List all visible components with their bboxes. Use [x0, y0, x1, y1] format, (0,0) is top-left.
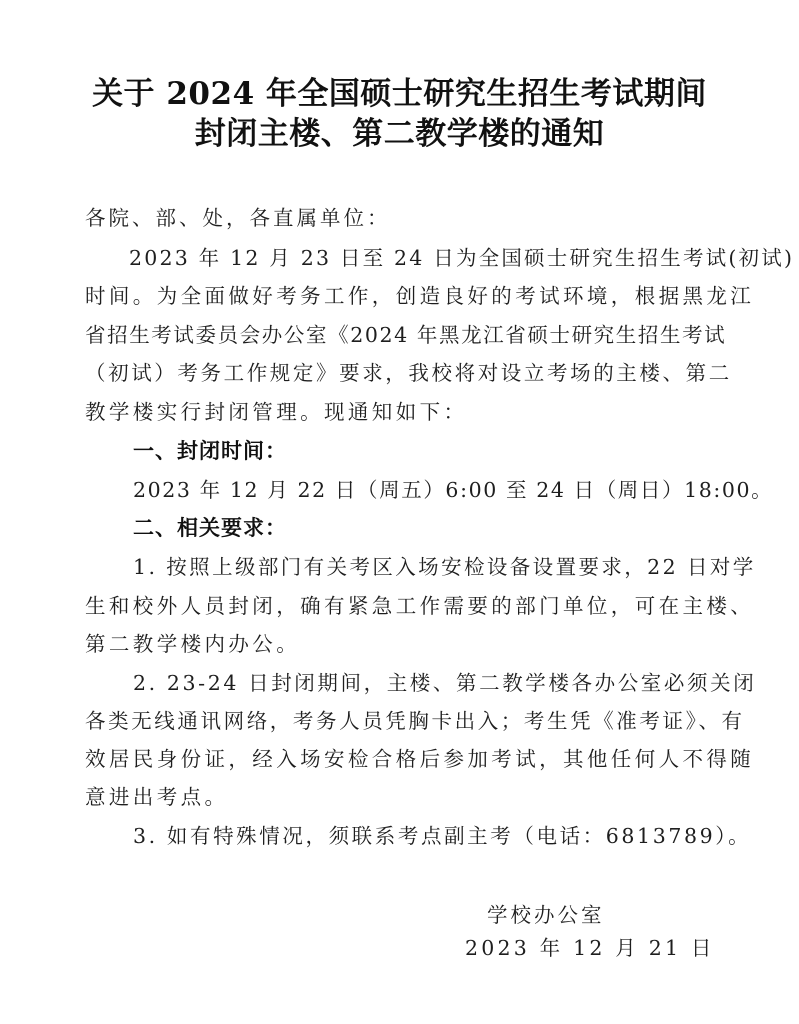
paragraph-line: 2. 23-24 日封闭期间，主楼、第二教学楼各办公室必须关闭: [133, 664, 756, 702]
paragraph-line: 生和校外人员封闭，确有紧急工作需要的部门单位，可在主楼、: [85, 587, 754, 625]
paragraph-line: 3. 如有特殊情况，须联系考点副主考（电话：6813789）。: [133, 817, 751, 855]
notice-title-line1: 关于 2024 年全国硕士研究生招生考试期间: [0, 74, 799, 114]
section-heading: 二、相关要求：: [133, 509, 287, 547]
paragraph-line: 时间。为全面做好考务工作，创造良好的考试环境，根据黑龙江: [85, 277, 754, 315]
paragraph-line: 各类无线通讯网络，考务人员凭胸卡出入；考生凭《准考证》、有: [85, 702, 745, 740]
issue-date: 2023 年 12 月 21 日: [465, 931, 715, 961]
paragraph-line: 第二教学楼内办公。: [85, 625, 300, 663]
issuer-name: 学校办公室: [487, 898, 605, 928]
notice-title-line2: 封闭主楼、第二教学楼的通知: [0, 114, 799, 154]
paragraph-line: 2023 年 12 月 23 日至 24 日为全国硕士研究生招生考试(初试): [129, 239, 794, 277]
paragraph-line: （初试）考务工作规定》要求，我校将对设立考场的主楼、第二: [85, 354, 732, 392]
closure-time-text: 2023 年 12 月 22 日（周五）6:00 至 24 日（周日）18:00…: [133, 471, 773, 509]
paragraph-line: 意进出考点。: [85, 778, 228, 816]
paragraph-line: 教学楼实行封闭管理。现通知如下：: [85, 393, 467, 431]
salutation: 各院、部、处，各直属单位：: [85, 199, 391, 237]
section-heading: 一、封闭时间：: [133, 432, 287, 470]
paragraph-line: 省招生考试委员会办公室《2024 年黑龙江省硕士研究生招生考试: [85, 316, 726, 354]
paragraph-line: 1. 按照上级部门有关考区入场安检设备设置要求，22 日对学: [133, 548, 756, 586]
paragraph-line: 效居民身份证，经入场安检合格后参加考试，其他任何人不得随: [85, 740, 754, 778]
